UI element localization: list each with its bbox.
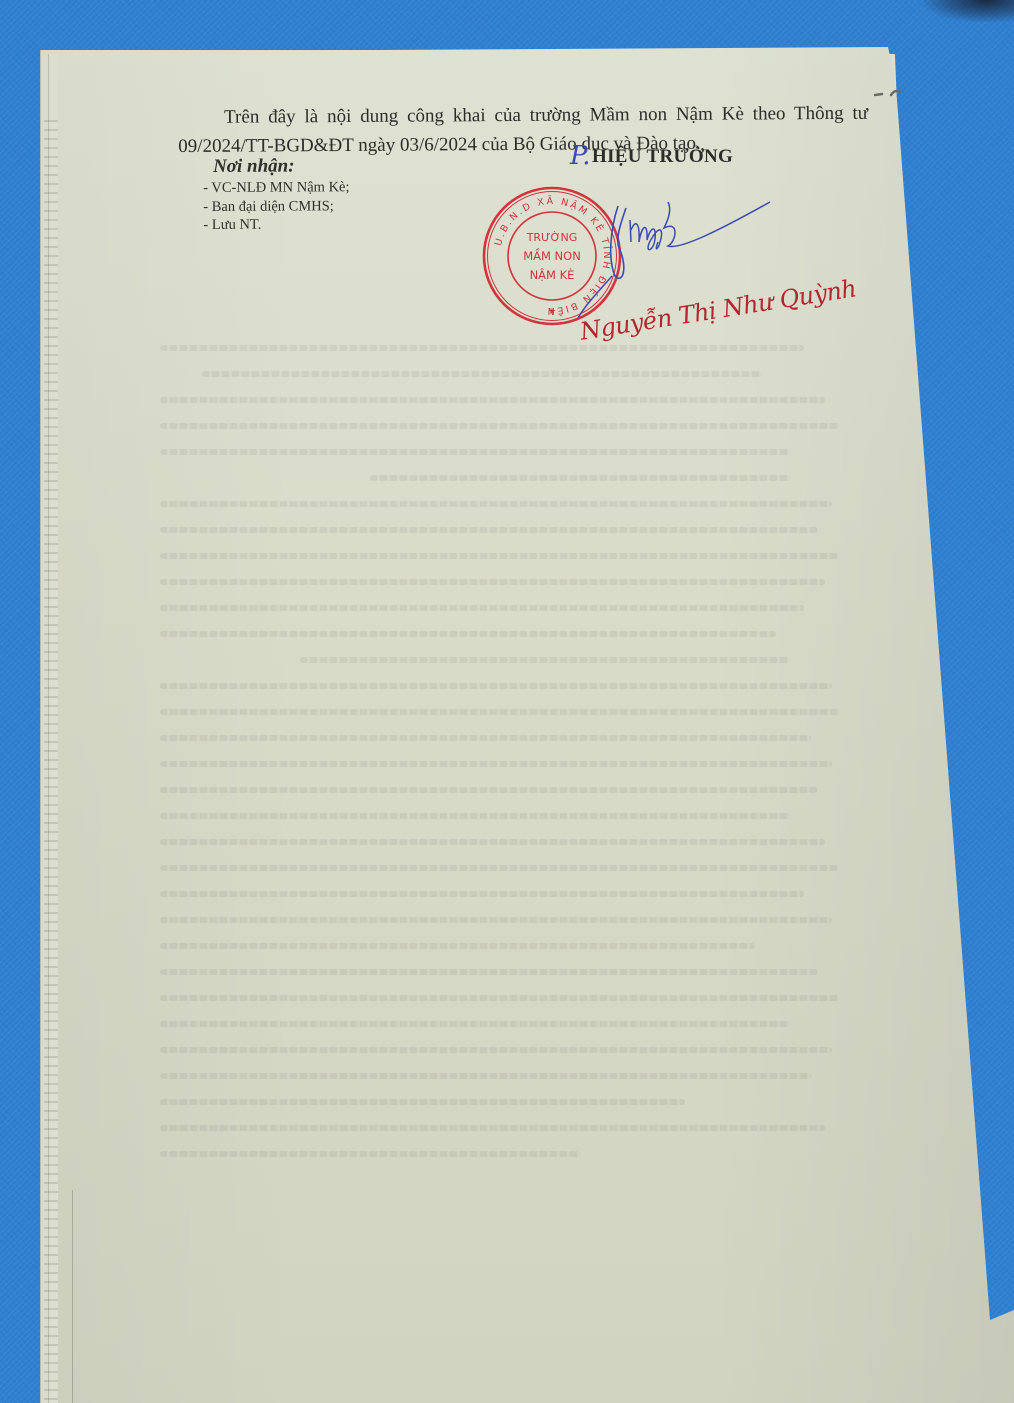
recipients-list: VC-NLĐ MN Nậm Kè; Ban đại diện CMHS; Lưu…: [203, 178, 350, 234]
staple-icon: [873, 86, 905, 100]
recipient-item: Lưu NT.: [203, 215, 349, 234]
recipient-item: Ban đại diện CMHS;: [203, 197, 349, 216]
page-fold: [72, 1190, 93, 1403]
intro-paragraph: Trên đây là nội dung công khai của trườn…: [178, 99, 868, 161]
background-object: [924, 0, 1014, 22]
recipients-title: Nơi nhận:: [213, 155, 349, 178]
handwritten-prefix: P.: [570, 141, 591, 171]
sheet-edge-marks: [44, 120, 58, 1400]
recipients-block: Nơi nhận: VC-NLĐ MN Nậm Kè; Ban đại diện…: [203, 155, 350, 234]
recipient-item: VC-NLĐ MN Nậm Kè;: [203, 178, 349, 197]
bleed-through-text: [160, 345, 860, 1305]
signer-title: HIỆU TRƯỞNG: [592, 146, 733, 168]
